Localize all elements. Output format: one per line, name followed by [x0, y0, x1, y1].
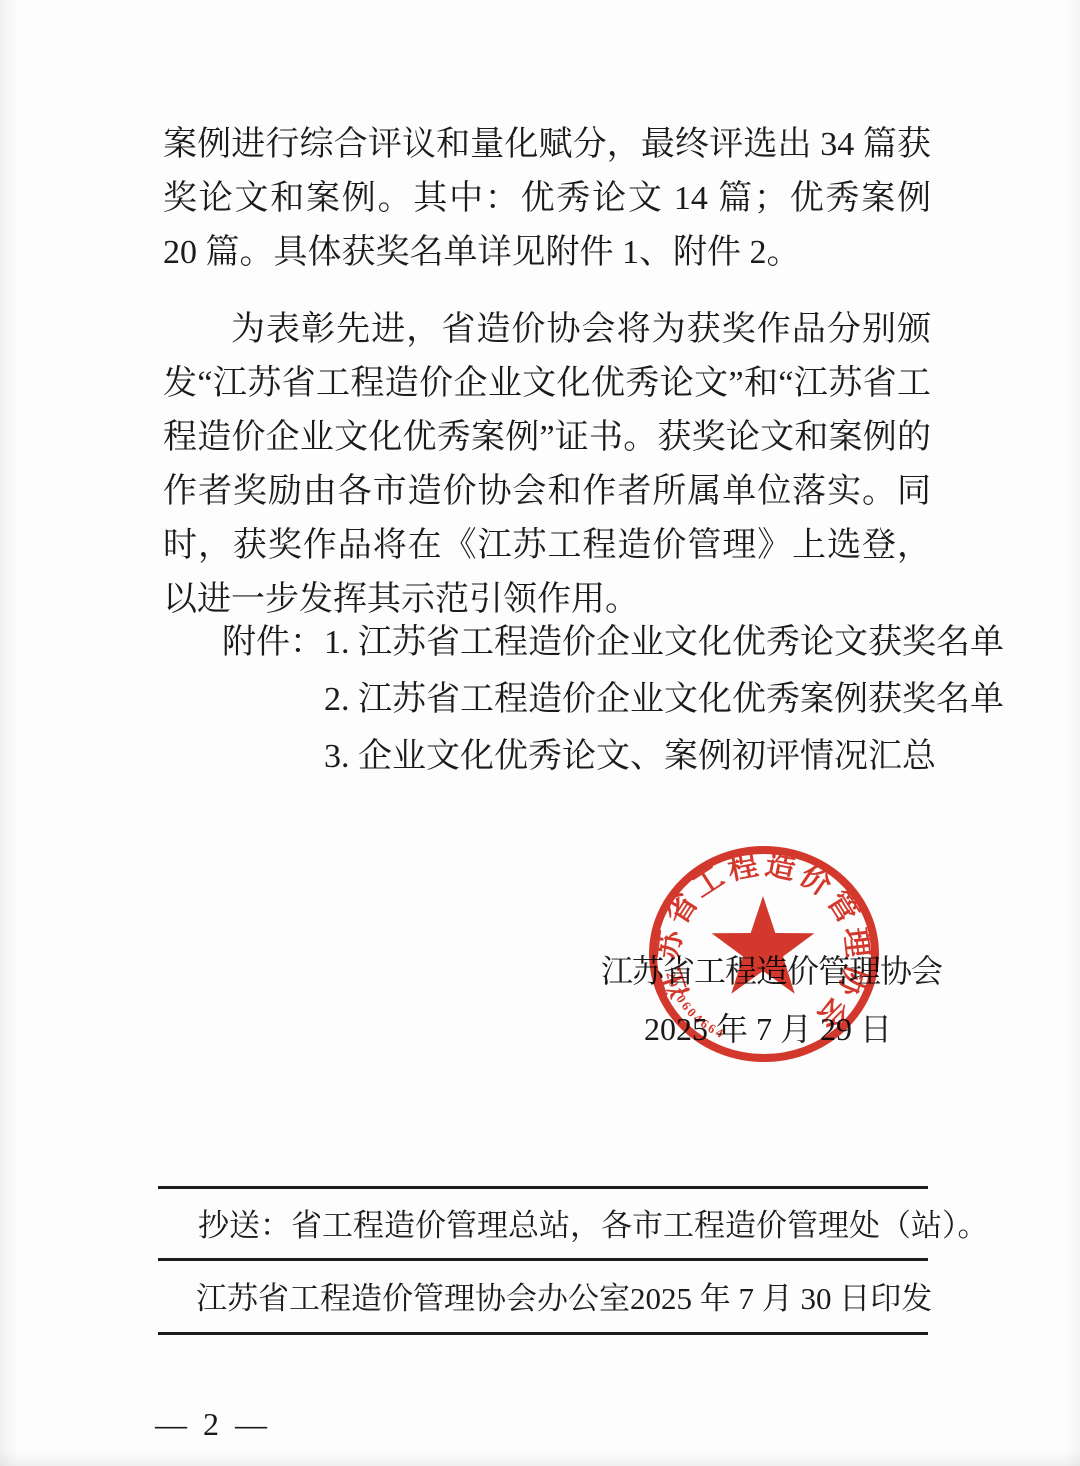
cc-line: 抄送：省工程造价管理总站，各市工程造价管理处（站）。 — [158, 1189, 928, 1258]
paragraph-2: 为表彰先进，省造价协会将为获奖作品分别颁发“江苏省工程造价企业文化优秀论文”和“… — [163, 303, 931, 627]
attachments-label: 附件： — [222, 614, 324, 671]
attachment-item-2: 2. 江苏省工程造价企业文化优秀案例获奖名单 — [324, 671, 1004, 728]
issuing-office: 江苏省工程造价管理协会办公室 — [196, 1273, 630, 1318]
star-icon — [712, 896, 815, 994]
paragraph-1: 案例进行综合评议和量化赋分，最终评选出 34 篇获奖论文和案例。其中：优秀论文 … — [163, 118, 931, 280]
footer-rule-bottom — [158, 1332, 928, 1335]
page-number: — 2 — — [155, 1406, 271, 1443]
document-page: 案例进行综合评议和量化赋分，最终评选出 34 篇获奖论文和案例。其中：优秀论文 … — [0, 0, 1080, 1466]
official-seal: 江苏省工程造价管理协会 2010604664 — [645, 843, 883, 1067]
document-footer: 抄送：省工程造价管理总站，各市工程造价管理处（站）。 江苏省工程造价管理协会办公… — [158, 1186, 928, 1335]
issue-line: 江苏省工程造价管理协会办公室 2025 年 7 月 30 日印发 — [158, 1261, 928, 1332]
body-text: 案例进行综合评议和量化赋分，最终评选出 34 篇获奖论文和案例。其中：优秀论文 … — [163, 118, 931, 627]
attachment-item-1: 1. 江苏省工程造价企业文化优秀论文获奖名单 — [324, 614, 1004, 671]
attachment-item-3: 3. 企业文化优秀论文、案例初评情况汇总 — [324, 728, 1004, 785]
attachments-list: 附件： 1. 江苏省工程造价企业文化优秀论文获奖名单 2. 江苏省工程造价企业文… — [222, 614, 1004, 785]
print-date: 2025 年 7 月 30 日印发 — [630, 1273, 932, 1318]
